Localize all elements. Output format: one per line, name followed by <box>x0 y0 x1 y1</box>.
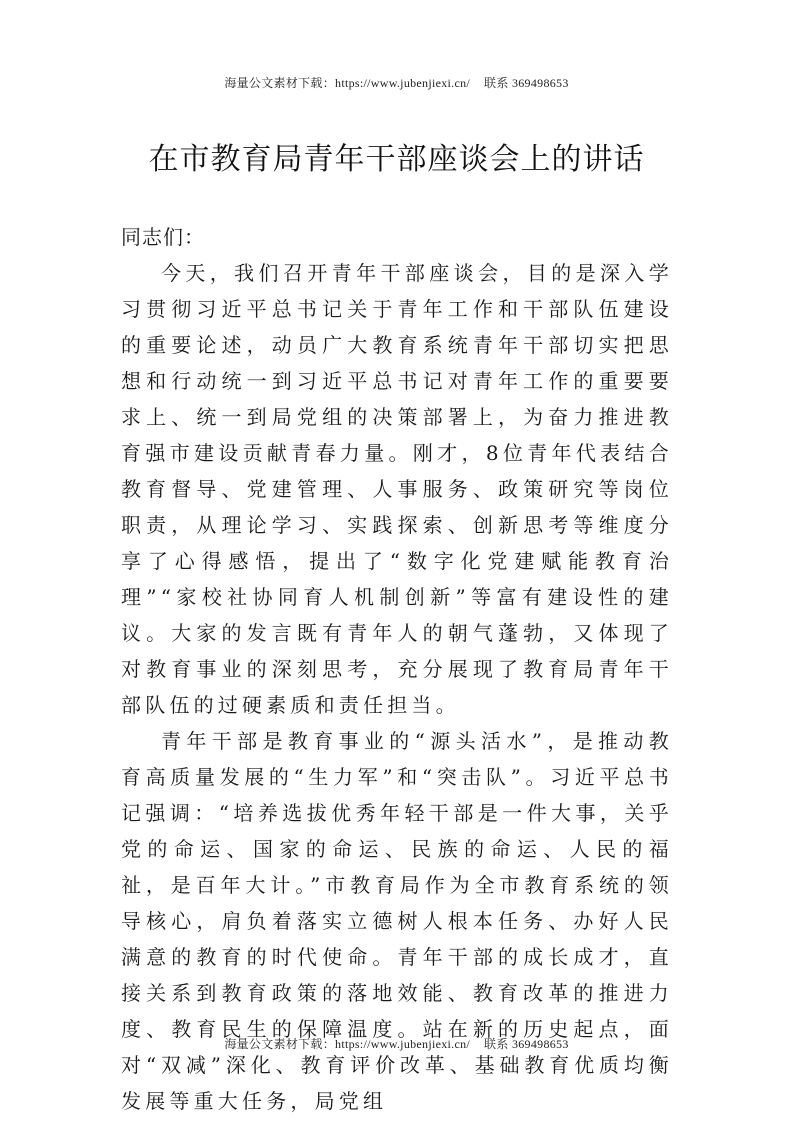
paragraph-2: 青年干部是教育事业的“源头活水”，是推动教育高质量发展的“生力军”和“突击队”。… <box>121 723 673 1119</box>
salutation: 同志们： <box>121 219 673 255</box>
document-title: 在市教育局青年干部座谈会上的讲话 <box>0 134 793 178</box>
footer-download-text: 海量公文素材下载：https://www.jubenjiexi.cn/ <box>224 1037 470 1051</box>
footer-watermark: 海量公文素材下载：https://www.jubenjiexi.cn/联系 36… <box>0 1035 793 1052</box>
document-body: 同志们： 今天，我们召开青年干部座谈会，目的是深入学习贯彻习近平总书记关于青年工… <box>121 219 673 1119</box>
header-watermark: 海量公文素材下载：https://www.jubenjiexi.cn/联系 36… <box>0 74 793 91</box>
header-download-text: 海量公文素材下载：https://www.jubenjiexi.cn/ <box>224 76 470 90</box>
paragraph-1: 今天，我们召开青年干部座谈会，目的是深入学习贯彻习近平总书记关于青年工作和干部队… <box>121 255 673 723</box>
footer-contact-text: 联系 369498653 <box>484 1037 569 1051</box>
header-contact-text: 联系 369498653 <box>484 76 569 90</box>
